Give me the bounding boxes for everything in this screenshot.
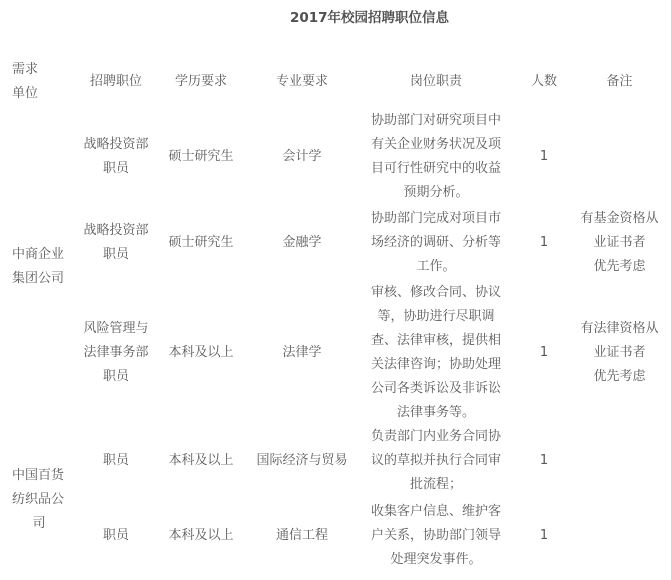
count-cell: 1 [512,497,576,575]
duty-line: 户关系，协助部门领导 [360,524,512,548]
header-major: 专业要求 [244,56,360,108]
duty-cell: 审核、修改合同、协议 等，协助进行尽职调 查、法律审核，提供相 关法律咨询；协助… [360,280,512,425]
position-line: 法律事务部 [74,341,158,365]
major-cell: 会计学 [244,108,360,205]
count-cell: 1 [512,280,576,425]
table-header-row: 需求 单位 招聘职位 学历要求 专业要求 岗位职责 人数 备注 [8,56,663,108]
duty-cell: 协助部门完成对项目市 场经济的调研、分析等 工作。 [360,205,512,280]
header-unit-line: 单位 [12,82,74,106]
header-position: 招聘职位 [74,56,158,108]
count-cell: 1 [512,425,576,497]
duty-line: 场经济的调研、分析等 [360,231,512,255]
duty-line: 收集客户信息、维护客 [360,500,512,524]
note-line: 有基金资格从 [576,207,663,231]
note-line: 业证书者 [576,341,663,365]
count-cell: 1 [512,205,576,280]
header-duty: 岗位职责 [360,56,512,108]
education-cell: 本科及以上 [158,280,244,425]
note-line: 优先考虑 [576,255,663,279]
page-title: 2017年校园招聘职位信息 [0,8,671,28]
table-row: 中国百货 纺织品公 司 职员 本科及以上 国际经济与贸易 负责部门内业务合同协 … [8,425,663,497]
duty-line: 目可行性研究中的收益 [360,157,512,181]
note-cell [576,108,663,205]
duty-line: 审核、修改合同、协议 [360,281,512,305]
unit-cell: 中商企业 集团公司 [8,108,74,425]
major-cell: 法律学 [244,280,360,425]
duty-line: 关法律咨询；协助处理 [360,353,512,377]
duty-line: 协助部门完成对项目市 [360,207,512,231]
duty-cell: 收集客户信息、维护客 户关系，协助部门领导 处理突发事件。 [360,497,512,575]
major-cell: 国际经济与贸易 [244,425,360,497]
count-cell: 1 [512,108,576,205]
header-unit: 需求 单位 [8,56,74,108]
table-row: 职员 本科及以上 通信工程 收集客户信息、维护客 户关系，协助部门领导 处理突发… [8,497,663,575]
note-line: 有法律资格从 [576,317,663,341]
education-cell: 本科及以上 [158,425,244,497]
duty-line: 协助部门对研究项目中 [360,109,512,133]
position-cell: 战略投资部 职员 [74,205,158,280]
duty-line: 等，协助进行尽职调 [360,305,512,329]
position-line: 职员 [74,524,158,548]
position-line: 职员 [74,243,158,267]
note-cell [576,425,663,497]
unit-name-line: 司 [12,512,74,536]
position-line: 战略投资部 [74,133,158,157]
position-cell: 风险管理与 法律事务部 职员 [74,280,158,425]
position-cell: 职员 [74,425,158,497]
duty-line: 议的草拟并执行合同审 [360,449,512,473]
major-cell: 通信工程 [244,497,360,575]
header-education: 学历要求 [158,56,244,108]
unit-name-line: 中商企业 [12,243,74,267]
education-cell: 本科及以上 [158,497,244,575]
note-line: 优先考虑 [576,365,663,389]
duty-line: 查、法律审核，提供相 [360,329,512,353]
education-cell: 硕士研究生 [158,108,244,205]
note-cell: 有法律资格从 业证书者 优先考虑 [576,280,663,425]
note-line: 业证书者 [576,231,663,255]
duty-line: 工作。 [360,255,512,279]
unit-name-line: 纺织品公 [12,488,74,512]
table-row: 中商企业 集团公司 战略投资部 职员 硕士研究生 会计学 协助部门对研究项目中 … [8,108,663,205]
header-count: 人数 [512,56,576,108]
unit-name-line: 集团公司 [12,267,74,291]
position-line: 职员 [74,449,158,473]
education-cell: 硕士研究生 [158,205,244,280]
unit-cell: 中国百货 纺织品公 司 [8,425,74,575]
duty-line: 负责部门内业务合同协 [360,425,512,449]
duty-cell: 协助部门对研究项目中 有关企业财务状况及项 目可行性研究中的收益 预期分析。 [360,108,512,205]
duty-line: 预期分析。 [360,181,512,205]
note-cell [576,497,663,575]
table-row: 战略投资部 职员 硕士研究生 金融学 协助部门完成对项目市 场经济的调研、分析等… [8,205,663,280]
position-cell: 战略投资部 职员 [74,108,158,205]
major-cell: 金融学 [244,205,360,280]
duty-line: 公司各类诉讼及非诉讼 [360,377,512,401]
position-line: 战略投资部 [74,219,158,243]
duty-cell: 负责部门内业务合同协 议的草拟并执行合同审 批流程； [360,425,512,497]
duty-line: 批流程； [360,473,512,497]
header-unit-line: 需求 [12,58,74,82]
position-cell: 职员 [74,497,158,575]
duty-line: 处理突发事件。 [360,548,512,572]
position-line: 风险管理与 [74,317,158,341]
note-cell: 有基金资格从 业证书者 优先考虑 [576,205,663,280]
table-row: 风险管理与 法律事务部 职员 本科及以上 法律学 审核、修改合同、协议 等，协助… [8,280,663,425]
position-line: 职员 [74,157,158,181]
unit-name-line: 中国百货 [12,464,74,488]
duty-line: 法律事务等。 [360,401,512,425]
job-listing-table: 需求 单位 招聘职位 学历要求 专业要求 岗位职责 人数 备注 中商企业 集团公… [8,56,663,575]
duty-line: 有关企业财务状况及项 [360,133,512,157]
position-line: 职员 [74,365,158,389]
header-note: 备注 [576,56,663,108]
